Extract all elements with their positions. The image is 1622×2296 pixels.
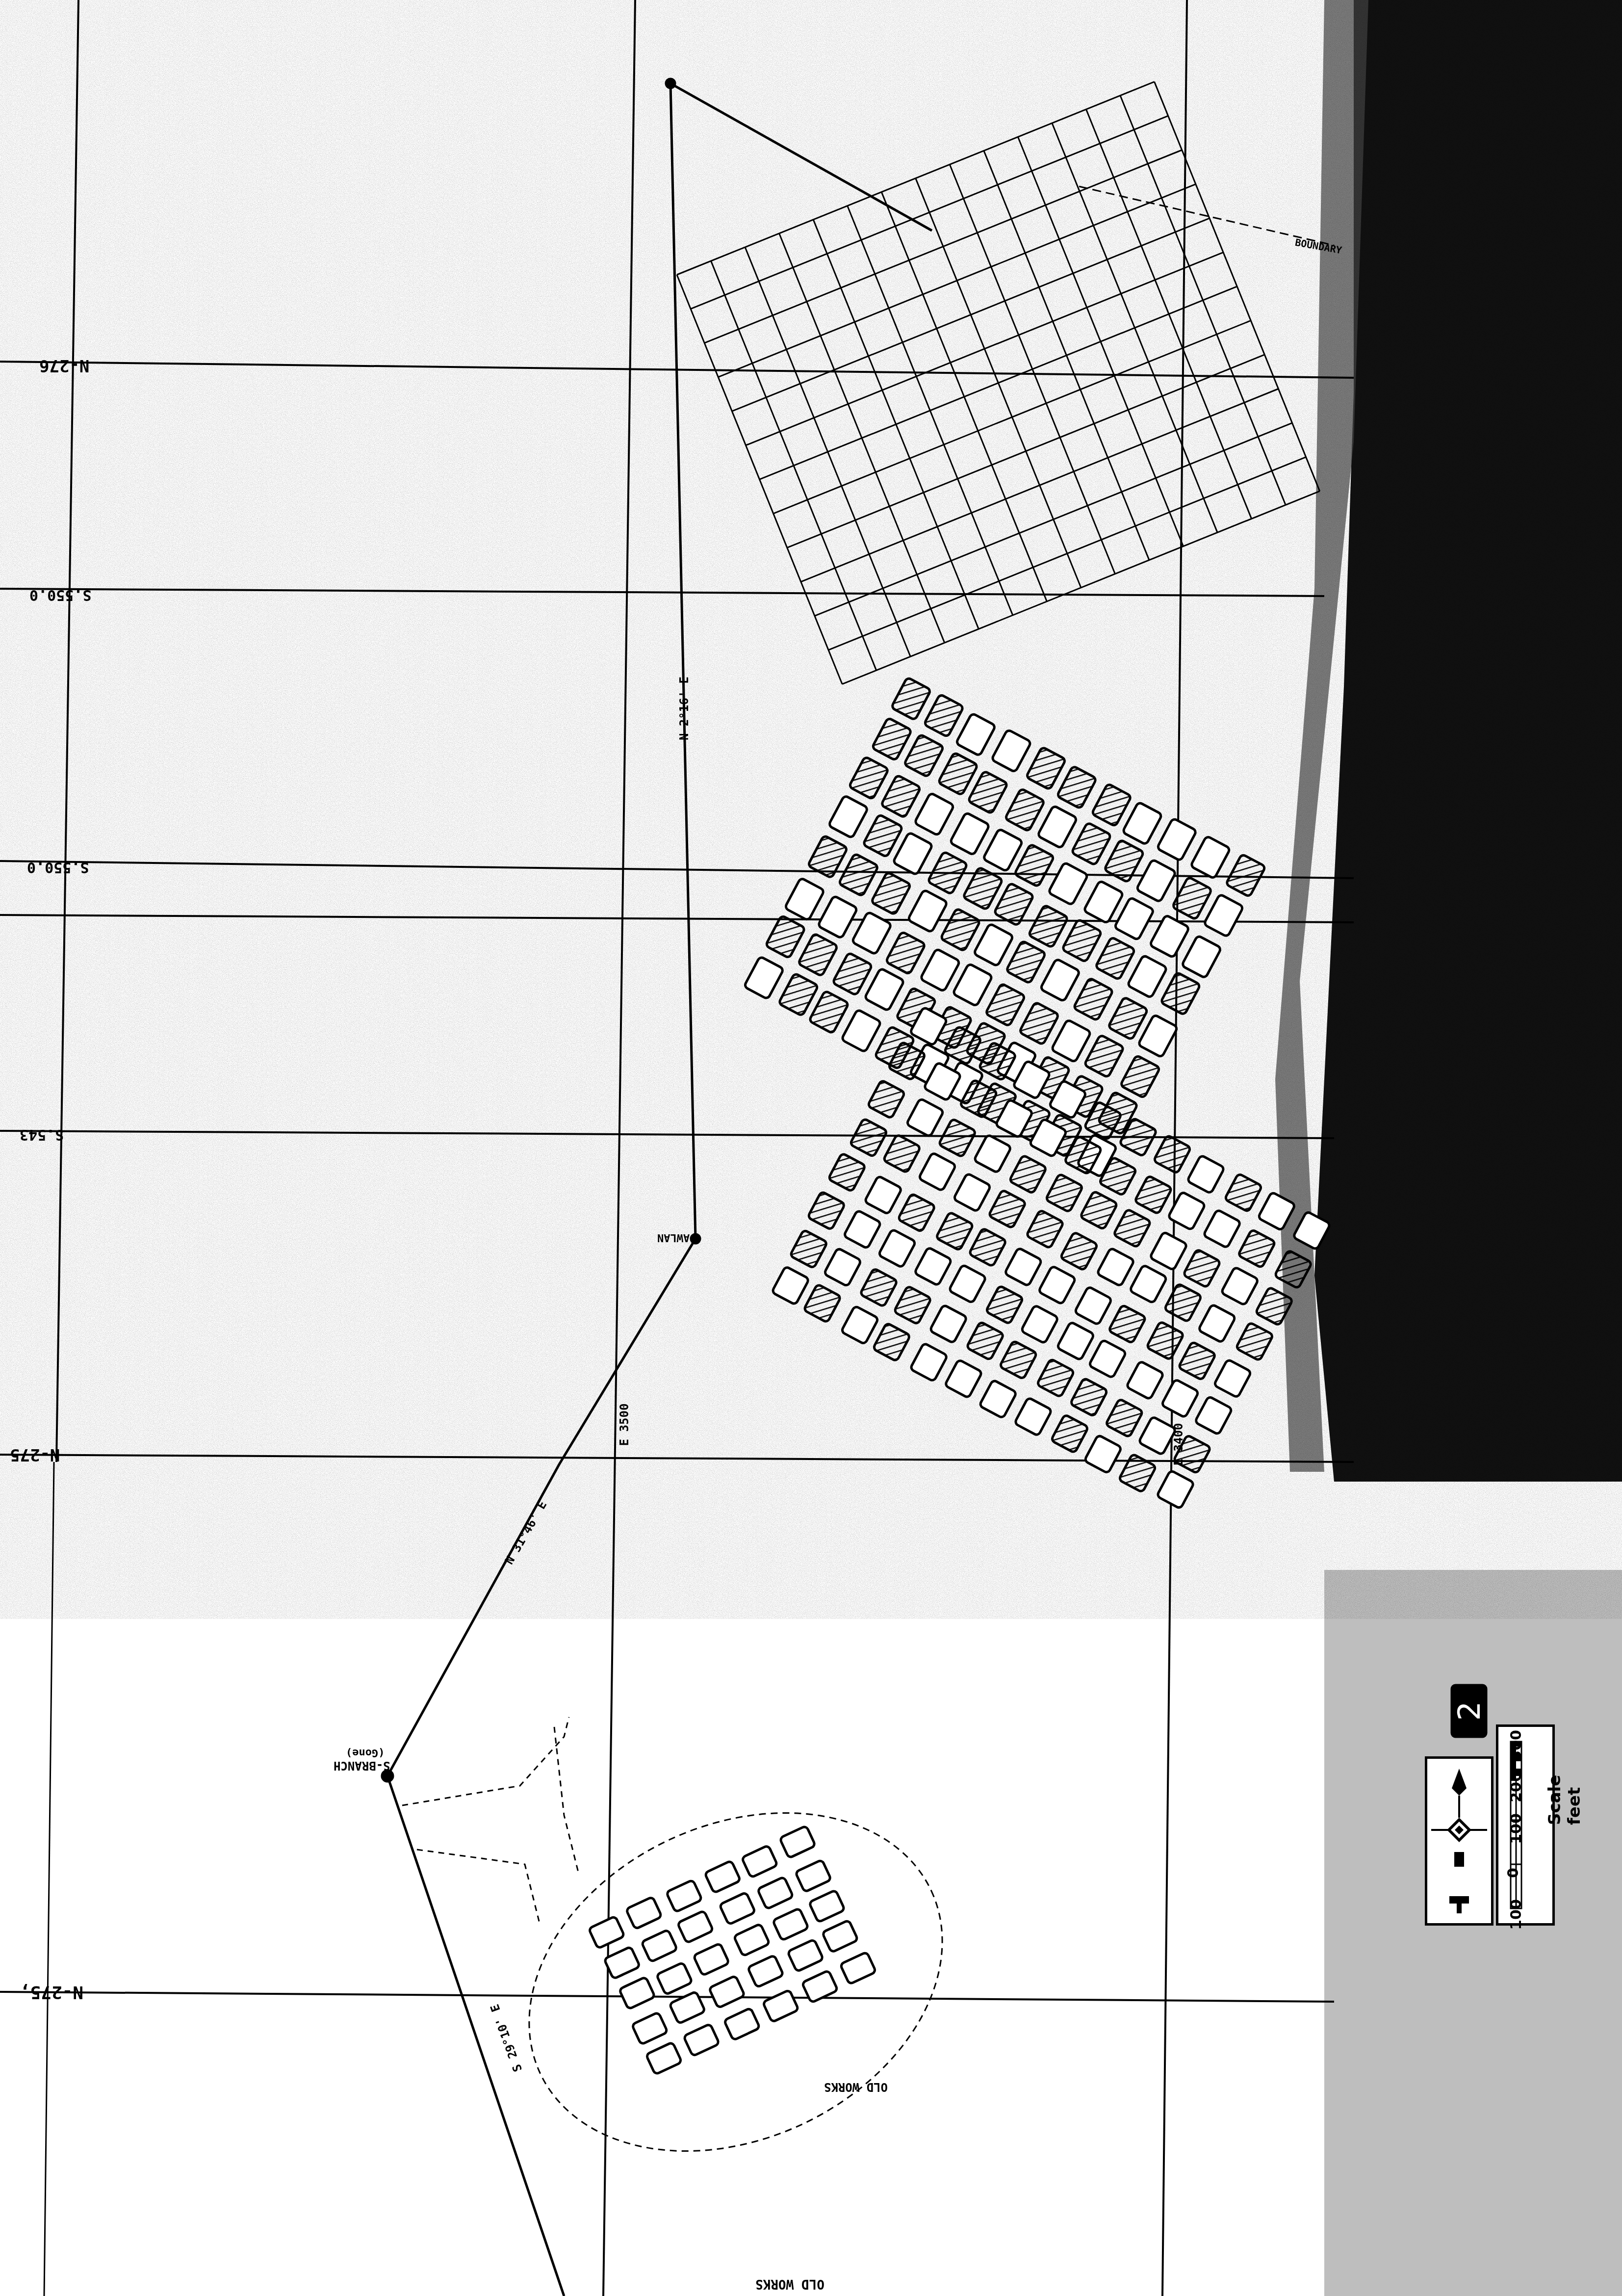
- annotation-old-works: OLD WORKS: [824, 2080, 888, 2094]
- annotation-old-works: OLD WORKS: [755, 2276, 824, 2291]
- scale-tick: 200: [1508, 1772, 1525, 1802]
- scale-tick: 0: [1505, 1868, 1522, 1878]
- scale-tick: 100: [1508, 1813, 1525, 1844]
- station-marker: [666, 79, 675, 88]
- station-note: (Gone): [346, 1747, 385, 1759]
- grid-label: S.550.0: [29, 586, 91, 603]
- grid-label: N-276: [39, 356, 89, 375]
- bearing-label: N 2°16' E: [677, 677, 691, 740]
- grid-label: S.550.0: [27, 859, 89, 876]
- grid-label: N-275,: [20, 1982, 83, 2002]
- scale-title: Scale feet: [1545, 1748, 1584, 1825]
- scale-tick: 100: [1508, 1899, 1525, 1930]
- easting-label: E 3400: [1172, 1423, 1185, 1466]
- sheet-number-badge: 2: [1451, 1684, 1488, 1738]
- station-label: S-BRANCH: [334, 1759, 390, 1773]
- station-label: PAWLAN: [657, 1231, 696, 1244]
- north-arrow-legend: [1425, 1756, 1493, 1926]
- compass-rose-north-arrow-icon: [1427, 1759, 1491, 1923]
- mine-plan-map: [0, 0, 1622, 2296]
- scale-tick: 300: [1508, 1730, 1525, 1761]
- grid-label: S.543: [20, 1126, 64, 1143]
- easting-label: E 3500: [618, 1404, 631, 1446]
- grid-label: N-275: [10, 1445, 60, 1464]
- dashed-routes: [402, 1717, 579, 1923]
